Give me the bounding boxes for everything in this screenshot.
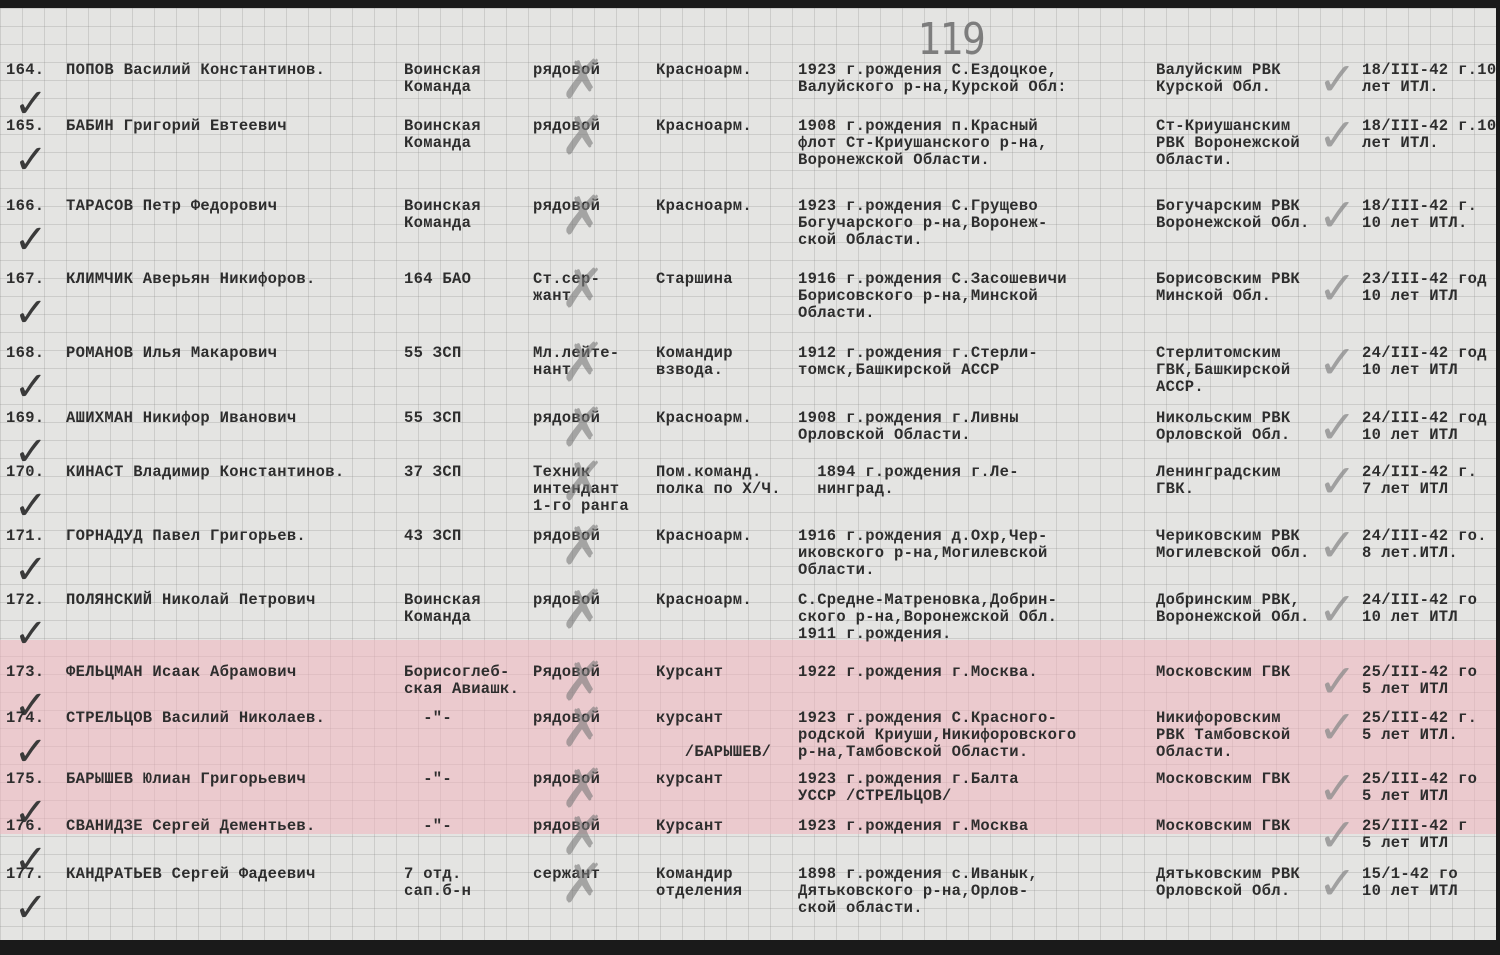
scan-bottom-edge	[0, 940, 1500, 955]
pencil-check-icon: ✓	[1318, 112, 1357, 158]
enlistment-office: Дятьковским РВК Орловской Обл.	[1156, 866, 1300, 900]
position: Командир взвода.	[656, 345, 733, 379]
check-mark-icon: ✓	[14, 140, 48, 180]
position: Старшина	[656, 271, 733, 288]
position: Красноарм.	[656, 592, 752, 609]
military-unit: -"-	[404, 818, 452, 835]
enlistment-office: Богучарским РВК Воронежской Обл.	[1156, 198, 1310, 232]
record-number: 167.	[6, 271, 44, 288]
pencil-check-icon: ✓	[1318, 765, 1357, 811]
birth-info: 1923 г.рождения С.Ездоцкое, Валуйского р…	[798, 62, 1067, 96]
person-name: КАНДРАТЬЕВ Сергей Фадеевич	[66, 866, 316, 883]
position: Красноарм.	[656, 410, 752, 427]
military-unit: 7 отд. сап.б-н	[404, 866, 471, 900]
person-name: КЛИМЧИК Аверьян Никифоров.	[66, 271, 316, 288]
record-number: 176.	[6, 818, 44, 835]
birth-info: 1916 г.рождения С.Засошевичи Борисовског…	[798, 271, 1067, 322]
pencil-cross-icon: ✗	[560, 257, 605, 320]
enlistment-office: Стерлитомским ГВК,Башкирской АССР.	[1156, 345, 1290, 396]
enlistment-office: Московским ГВК	[1156, 818, 1290, 835]
sentence: 24/III-42 год 10 лет ИТЛ	[1362, 410, 1487, 444]
record-number: 173.	[6, 664, 44, 681]
enlistment-office: Московским ГВК	[1156, 771, 1290, 788]
enlistment-office: Валуйским РВК Курской Обл.	[1156, 62, 1281, 96]
pencil-cross-icon: ✗	[560, 514, 605, 577]
birth-info: 1922 г.рождения г.Москва.	[798, 664, 1038, 681]
check-mark-icon: ✓	[14, 614, 48, 654]
check-mark-icon: ✓	[14, 732, 48, 772]
pencil-check-icon: ✓	[1318, 404, 1357, 450]
record-number: 169.	[6, 410, 44, 427]
position: Красноарм.	[656, 62, 752, 79]
person-name: ФЕЛЬЦМАН Исаак Абрамович	[66, 664, 296, 681]
person-name: БАРЫШЕВ Юлиан Григорьевич	[66, 771, 306, 788]
enlistment-office: Никольским РВК Орловской Обл.	[1156, 410, 1290, 444]
pencil-check-icon: ✓	[1318, 860, 1357, 906]
pencil-cross-icon: ✗	[560, 104, 605, 167]
record-number: 171.	[6, 528, 44, 545]
check-mark-icon: ✓	[14, 888, 48, 928]
military-unit: 55 ЗСП	[404, 410, 462, 427]
birth-info: С.Средне-Матреновка,Добрин- ского р-на,В…	[798, 592, 1057, 643]
birth-info: 1898 г.рождения с.Иванык, Дятьковского р…	[798, 866, 1038, 917]
military-unit: -"-	[404, 771, 452, 788]
military-unit: Воинская Команда	[404, 118, 481, 152]
birth-info: 1908 г.рождения п.Красный флот Ст-Криуша…	[798, 118, 1048, 169]
person-name: БАБИН Григорий Евтеевич	[66, 118, 287, 135]
person-name: АШИХМАН Никифор Иванович	[66, 410, 296, 427]
pencil-check-icon: ✓	[1318, 458, 1357, 504]
person-name: СТРЕЛЬЦОВ Василий Николаев.	[66, 710, 325, 727]
position: Красноарм.	[656, 118, 752, 135]
record-number: 166.	[6, 198, 44, 215]
record-number: 170.	[6, 464, 44, 481]
record-number: 172.	[6, 592, 44, 609]
pencil-check-icon: ✓	[1318, 339, 1357, 385]
position: Курсант	[656, 818, 723, 835]
position: Красноарм.	[656, 198, 752, 215]
birth-info: 1894 г.рождения г.Ле- нинград.	[798, 464, 1019, 498]
sentence: 23/III-42 год 10 лет ИТЛ	[1362, 271, 1487, 305]
check-mark-icon: ✓	[14, 486, 48, 526]
check-mark-icon: ✓	[14, 367, 48, 407]
page-number: 119	[918, 14, 984, 65]
check-mark-icon: ✓	[14, 293, 48, 333]
pencil-check-icon: ✓	[1318, 704, 1357, 750]
pencil-cross-icon: ✗	[560, 48, 605, 111]
position: Командир отделения	[656, 866, 742, 900]
pencil-cross-icon: ✗	[560, 852, 605, 915]
sentence: 18/III-42 г.10 лет ИТЛ.	[1362, 118, 1496, 152]
enlistment-office: Добринским РВК, Воронежской Обл.	[1156, 592, 1310, 626]
person-name: ТАРАСОВ Петр Федорович	[66, 198, 277, 215]
birth-info: 1912 г.рождения г.Стерли- томск,Башкирск…	[798, 345, 1038, 379]
military-unit: -"-	[404, 710, 452, 727]
enlistment-office: Никифоровским РВК Тамбовской Области.	[1156, 710, 1290, 761]
check-mark-icon: ✓	[14, 550, 48, 590]
sentence: 25/III-42 го 5 лет ИТЛ	[1362, 771, 1477, 805]
pencil-cross-icon: ✗	[560, 696, 605, 759]
birth-info: 1923 г.рождения С.Красного- родской Криу…	[798, 710, 1076, 761]
enlistment-office: Московским ГВК	[1156, 664, 1290, 681]
record-number: 164.	[6, 62, 44, 79]
sentence: 24/III-42 го 10 лет ИТЛ	[1362, 592, 1477, 626]
person-name: СВАНИДЗЕ Сергей Дементьев.	[66, 818, 316, 835]
position: Курсант	[656, 664, 723, 681]
pencil-cross-icon: ✗	[560, 331, 605, 394]
pencil-check-icon: ✓	[1318, 56, 1357, 102]
sentence: 24/III-42 г. 7 лет ИТЛ	[1362, 464, 1477, 498]
pencil-check-icon: ✓	[1318, 812, 1357, 858]
pencil-check-icon: ✓	[1318, 586, 1357, 632]
sentence: 15/1-42 го 10 лет ИТЛ	[1362, 866, 1458, 900]
enlistment-office: Чериковским РВК Могилевской Обл.	[1156, 528, 1310, 562]
military-unit: Воинская Команда	[404, 592, 481, 626]
sentence: 25/III-42 г 5 лет ИТЛ	[1362, 818, 1468, 852]
enlistment-office: Ленинградским ГВК.	[1156, 464, 1281, 498]
document-sheet: 119 164.ПОПОВ Василий Константинов.Воинс…	[0, 8, 1496, 943]
record-number: 175.	[6, 771, 44, 788]
person-name: ПОЛЯНСКИЙ Николай Петрович	[66, 592, 316, 609]
check-mark-icon: ✓	[14, 220, 48, 260]
birth-info: 1916 г.рождения д.Охр,Чер- иковского р-н…	[798, 528, 1048, 579]
pencil-cross-icon: ✗	[560, 450, 605, 513]
record-number: 165.	[6, 118, 44, 135]
record-number: 174.	[6, 710, 44, 727]
sentence: 24/III-42 го. 8 лет.ИТЛ.	[1362, 528, 1487, 562]
record-number: 168.	[6, 345, 44, 362]
military-unit: 43 ЗСП	[404, 528, 462, 545]
military-unit: 55 ЗСП	[404, 345, 462, 362]
birth-info: 1923 г.рождения г.Балта УССР /СТРЕЛЬЦОВ/	[798, 771, 1019, 805]
military-unit: Воинская Команда	[404, 62, 481, 96]
person-name: РОМАНОВ Илья Макарович	[66, 345, 277, 362]
sentence: 25/III-42 г. 5 лет ИТЛ.	[1362, 710, 1477, 744]
birth-info: 1908 г.рождения г.Ливны Орловской Област…	[798, 410, 1019, 444]
pencil-check-icon: ✓	[1318, 522, 1357, 568]
military-unit: 37 ЗСП	[404, 464, 462, 481]
pencil-cross-icon: ✗	[560, 578, 605, 641]
person-name: ГОРНАДУД Павел Григорьев.	[66, 528, 306, 545]
sentence: 18/III-42 г.10 лет ИТЛ.	[1362, 62, 1496, 96]
military-unit: Воинская Команда	[404, 198, 481, 232]
pencil-check-icon: ✓	[1318, 192, 1357, 238]
position: курсант /БАРЫШЕВ/	[656, 710, 771, 761]
pencil-cross-icon: ✗	[560, 184, 605, 247]
military-unit: Борисоглеб- ская Авиашк.	[404, 664, 519, 698]
birth-info: 1923 г.рождения С.Грущево Богучарского р…	[798, 198, 1048, 249]
enlistment-office: Борисовским РВК Минской Обл.	[1156, 271, 1300, 305]
pencil-check-icon: ✓	[1318, 658, 1357, 704]
birth-info: 1923 г.рождения г.Москва	[798, 818, 1028, 835]
sentence: 25/III-42 го 5 лет ИТЛ	[1362, 664, 1477, 698]
person-name: ПОПОВ Василий Константинов.	[66, 62, 325, 79]
pencil-check-icon: ✓	[1318, 265, 1357, 311]
enlistment-office: Ст-Криушанским РВК Воронежской Области.	[1156, 118, 1300, 169]
person-name: КИНАСТ Владимир Константинов.	[66, 464, 344, 481]
position: Красноарм.	[656, 528, 752, 545]
position: Пом.команд. полка по Х/Ч.	[656, 464, 781, 498]
record-number: 177.	[6, 866, 44, 883]
sentence: 18/III-42 г. 10 лет ИТЛ.	[1362, 198, 1477, 232]
military-unit: 164 БАО	[404, 271, 471, 288]
position: курсант	[656, 771, 723, 788]
sentence: 24/III-42 год 10 лет ИТЛ	[1362, 345, 1487, 379]
